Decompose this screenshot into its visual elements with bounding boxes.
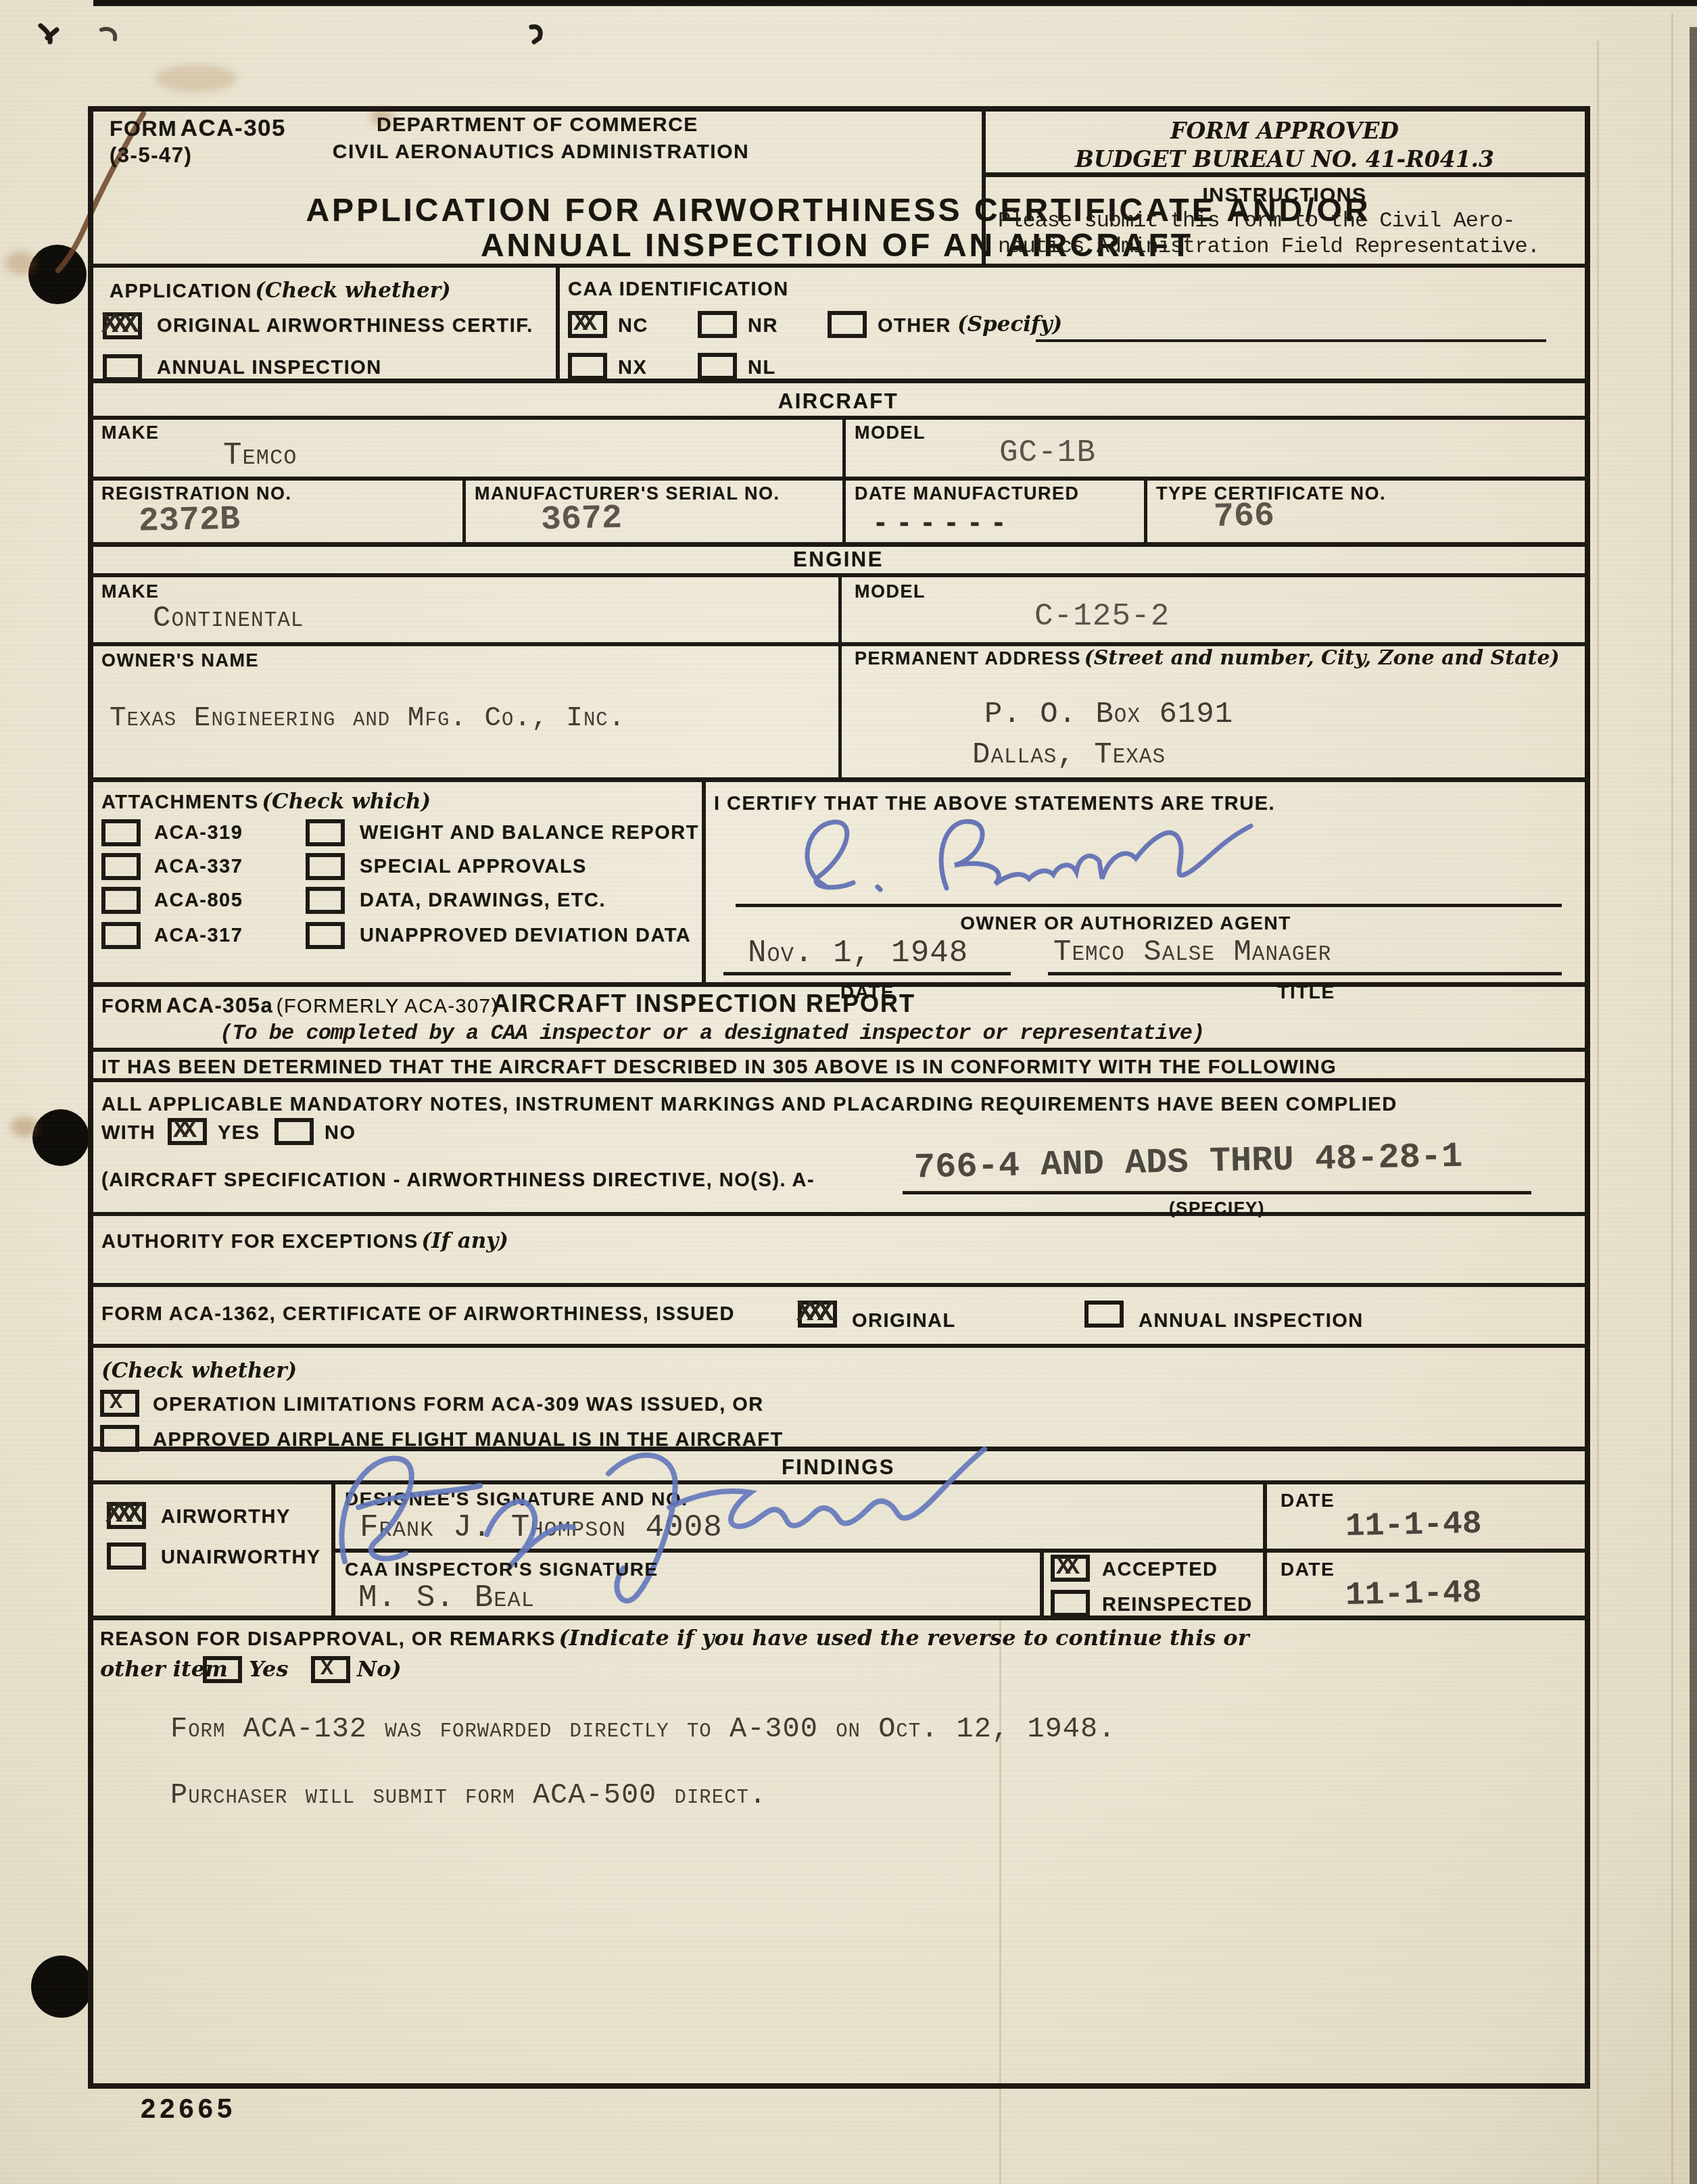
address-label-text: PERMANENT ADDRESS xyxy=(855,648,1081,669)
stamp-number: 22665 xyxy=(141,2094,236,2125)
checkbox-mark: XX xyxy=(173,1117,191,1144)
engine-make-value: Continental xyxy=(153,602,304,635)
checkbox-mark: X xyxy=(110,1390,122,1415)
other-label: OTHER xyxy=(878,315,951,337)
compliance-text: ALL APPLICABLE MANDATORY NOTES, INSTRUME… xyxy=(101,1094,1397,1116)
issued-original-label: ORIGINAL xyxy=(852,1310,956,1332)
checkbox-original-airworthiness: XXX xyxy=(103,312,142,339)
check-whether-hint: (Check whether) xyxy=(101,1359,297,1383)
checkbox-issued-original: XXX xyxy=(798,1301,837,1328)
inspection-form-line: FORM ACA-305a (FORMERLY ACA-307) xyxy=(101,994,499,1018)
with-label: WITH xyxy=(101,1122,156,1144)
owner-name-label: OWNER'S NAME xyxy=(101,650,259,671)
determination-text: IT HAS BEEN DETERMINED THAT THE AIRCRAFT… xyxy=(101,1057,1337,1079)
remarks-yes-label: Yes xyxy=(249,1656,288,1682)
aircraft-model-value: GC-1B xyxy=(999,435,1096,470)
owner-name-value: Texas Engineering and Mfg. Co., Inc. xyxy=(110,703,625,734)
scanned-form-page: FORM ACA-305 (3-5-47) DEPARTMENT OF COMM… xyxy=(0,0,1697,2184)
inspection-form-number: ACA-305a xyxy=(166,994,273,1017)
checkbox-mark: XXX xyxy=(105,1498,137,1530)
authority-label: AUTHORITY FOR EXCEPTIONS (If any) xyxy=(101,1229,508,1253)
remarks-label-line: REASON FOR DISAPPROVAL, OR REMARKS (Indi… xyxy=(100,1625,1249,1651)
form-approved-line1: FORM APPROVED xyxy=(1170,118,1399,144)
signature-line xyxy=(736,904,1562,907)
checkbox-operation-limitations: X xyxy=(100,1390,139,1417)
aca-317-label: ACA-317 xyxy=(154,925,243,947)
remarks-note-line2: Purchaser will submit form ACA-500 direc… xyxy=(170,1779,767,1812)
engine-model-value: C-125-2 xyxy=(1034,599,1170,634)
remarks-no-label: No) xyxy=(357,1656,402,1682)
title-line xyxy=(1048,972,1562,975)
serial-value: 3672 xyxy=(540,500,622,540)
checkbox-airworthy: XXX xyxy=(107,1502,146,1529)
instructions-line1: Please submit this form to the Civil Aer… xyxy=(998,208,1515,233)
aircraft-make-label: MAKE xyxy=(101,422,160,443)
attachments-label: ATTACHMENTS (Check which) xyxy=(101,790,431,814)
form-revision: (3-5-47) xyxy=(110,143,192,168)
nx-label: NX xyxy=(618,357,647,379)
inspector-signature-value: M. S. Beal xyxy=(358,1580,535,1616)
aircraft-section-title: AIRCRAFT xyxy=(778,389,899,414)
checkbox-flight-manual xyxy=(100,1425,139,1452)
signature-l-bender xyxy=(778,806,1305,914)
annual-inspection-label: ANNUAL INSPECTION xyxy=(157,357,382,379)
checkbox-remarks-no: X xyxy=(311,1656,350,1683)
airworthy-label: AIRWORTHY xyxy=(161,1506,291,1528)
checkbox-mark: XX xyxy=(1056,1553,1074,1581)
form-label: FORM xyxy=(110,116,177,141)
application-label-text: APPLICATION xyxy=(110,281,252,302)
checkbox-nr xyxy=(698,311,737,338)
checkbox-no xyxy=(274,1118,314,1145)
checkbox-aca-805 xyxy=(101,887,141,914)
authority-hint: (If any) xyxy=(421,1229,508,1253)
designee-date-label: DATE xyxy=(1281,1490,1335,1511)
checkbox-mark: XXX xyxy=(101,308,133,341)
engine-model-label: MODEL xyxy=(855,581,926,602)
date-manufactured-value: - - - - - - xyxy=(876,506,1006,539)
inspection-report-title: AIRCRAFT INSPECTION REPORT xyxy=(492,990,915,1018)
application-label: APPLICATION (Check whether) xyxy=(110,278,451,303)
remarks-hint-line1: (Indicate if you have used the reverse t… xyxy=(558,1625,1249,1651)
owner-address-line1: P. O. Box 6191 xyxy=(984,698,1233,731)
checkbox-aca-337 xyxy=(101,853,141,880)
checkbox-annual-inspection xyxy=(103,354,142,381)
spec-directive-label: (AIRCRAFT SPECIFICATION - AIRWORTHINESS … xyxy=(101,1169,815,1192)
checkbox-issued-annual xyxy=(1084,1301,1124,1328)
operation-limitations-label: OPERATION LIMITATIONS FORM ACA-309 WAS I… xyxy=(153,1394,764,1416)
checkbox-remarks-yes xyxy=(203,1656,242,1683)
nr-label: NR xyxy=(748,315,778,337)
checkbox-accepted: XX xyxy=(1051,1555,1090,1582)
checkbox-data-drawings xyxy=(306,887,345,914)
reinspected-label: REINSPECTED xyxy=(1102,1594,1253,1616)
checkbox-aca-319 xyxy=(101,819,141,846)
checkbox-yes: XX xyxy=(168,1118,207,1145)
inspector-signature-label: CAA INSPECTOR'S SIGNATURE xyxy=(345,1559,659,1580)
inspection-formerly: (FORMERLY ACA-307) xyxy=(277,996,499,1017)
checkbox-nx xyxy=(568,353,607,380)
certification-title-label: TITLE xyxy=(1277,981,1335,1003)
designee-date-value: 11-1-48 xyxy=(1345,1506,1482,1545)
date-line xyxy=(723,972,1011,975)
type-certificate-value: 766 xyxy=(1213,497,1274,537)
aca-805-label: ACA-805 xyxy=(154,890,243,912)
engine-section-title: ENGINE xyxy=(793,548,884,572)
attachments-hint: (Check which) xyxy=(262,790,431,814)
checkbox-aca-317 xyxy=(101,922,141,949)
nc-label: NC xyxy=(618,315,648,337)
owner-address-line2: Dallas, Texas xyxy=(972,738,1166,772)
certification-title-value: Temco Salse Manager xyxy=(1053,936,1331,969)
nl-label: NL xyxy=(748,357,776,379)
checkbox-weight-balance xyxy=(306,819,345,846)
form-number-line: FORM ACA-305 xyxy=(110,115,286,142)
attachments-label-text: ATTACHMENTS xyxy=(101,792,259,813)
inspector-date-label: DATE xyxy=(1281,1559,1335,1580)
caa-identification-label: CAA IDENTIFICATION xyxy=(568,278,789,301)
weight-balance-label: WEIGHT AND BALANCE REPORT xyxy=(360,822,699,844)
special-approvals-label: SPECIAL APPROVALS xyxy=(360,856,587,878)
checkbox-nc: XX xyxy=(568,311,607,338)
spec-directive-line xyxy=(903,1191,1531,1194)
checkbox-other xyxy=(828,311,867,338)
permanent-address-label: PERMANENT ADDRESS (Street and number, Ci… xyxy=(855,646,1571,675)
agent-label: OWNER OR AUTHORIZED AGENT xyxy=(960,913,1291,934)
other-specify-line xyxy=(1036,339,1546,342)
remarks-label-text: REASON FOR DISAPPROVAL, OR REMARKS xyxy=(100,1628,556,1650)
original-airworthiness-label: ORIGINAL AIRWORTHINESS CERTIF. xyxy=(157,315,533,337)
aircraft-make-value: Temco xyxy=(223,438,297,473)
unapproved-deviation-label: UNAPPROVED DEVIATION DATA xyxy=(360,925,691,947)
certification-date-value: Nov. 1, 1948 xyxy=(748,936,968,971)
aca-319-label: ACA-319 xyxy=(154,822,243,844)
application-hint: (Check whether) xyxy=(255,278,450,303)
checkbox-unairworthy xyxy=(107,1543,146,1570)
address-hint: (Street and number, City, Zone and State… xyxy=(1084,646,1559,670)
other-specify-hint: (Specify) xyxy=(957,312,1062,337)
issued-annual-label: ANNUAL INSPECTION xyxy=(1139,1310,1364,1332)
instructions-title: INSTRUCTIONS xyxy=(1203,184,1367,207)
checkbox-unapproved-deviation xyxy=(306,922,345,949)
instructions-line2: nautics Administration Field Representat… xyxy=(998,234,1539,259)
checkbox-special-approvals xyxy=(306,853,345,880)
aca1362-label: FORM ACA-1362, CERTIFICATE OF AIRWORTHIN… xyxy=(101,1303,735,1326)
inspector-date-value: 11-1-48 xyxy=(1345,1575,1482,1614)
department-line1: DEPARTMENT OF COMMERCE xyxy=(377,114,698,137)
data-drawings-label: DATA, DRAWINGS, ETC. xyxy=(360,890,606,912)
date-manufactured-label: DATE MANUFACTURED xyxy=(855,483,1079,504)
department-line2: CIVIL AERONAUTICS ADMINISTRATION xyxy=(333,141,749,164)
checkbox-mark: X xyxy=(320,1656,333,1681)
remarks-note-line1: Form ACA-132 was forwarded directly to A… xyxy=(170,1713,1116,1745)
form-approved-line2: BUDGET BUREAU NO. 41-R041.3 xyxy=(1075,146,1494,172)
accepted-label: ACCEPTED xyxy=(1102,1559,1218,1581)
inspection-form-label: FORM xyxy=(101,996,163,1017)
checkbox-nl xyxy=(698,353,737,380)
yes-label: YES xyxy=(218,1122,260,1144)
no-label: NO xyxy=(325,1122,356,1144)
unairworthy-label: UNAIRWORTHY xyxy=(161,1547,321,1569)
authority-label-text: AUTHORITY FOR EXCEPTIONS xyxy=(101,1231,419,1253)
form-number: ACA-305 xyxy=(181,115,286,141)
inspection-subtitle: (To be completed by a CAA inspector or a… xyxy=(220,1021,1204,1046)
aircraft-model-label: MODEL xyxy=(855,422,926,443)
checkbox-mark: XXX xyxy=(796,1296,828,1329)
aca-337-label: ACA-337 xyxy=(154,856,243,878)
checkbox-reinspected xyxy=(1051,1590,1090,1617)
checkbox-mark: XX xyxy=(573,310,592,337)
engine-make-label: MAKE xyxy=(101,581,160,602)
serial-label: MANUFACTURER'S SERIAL NO. xyxy=(475,483,780,504)
specify-hint: (SPECIFY) xyxy=(1169,1198,1265,1219)
registration-value: 2372B xyxy=(138,500,240,541)
